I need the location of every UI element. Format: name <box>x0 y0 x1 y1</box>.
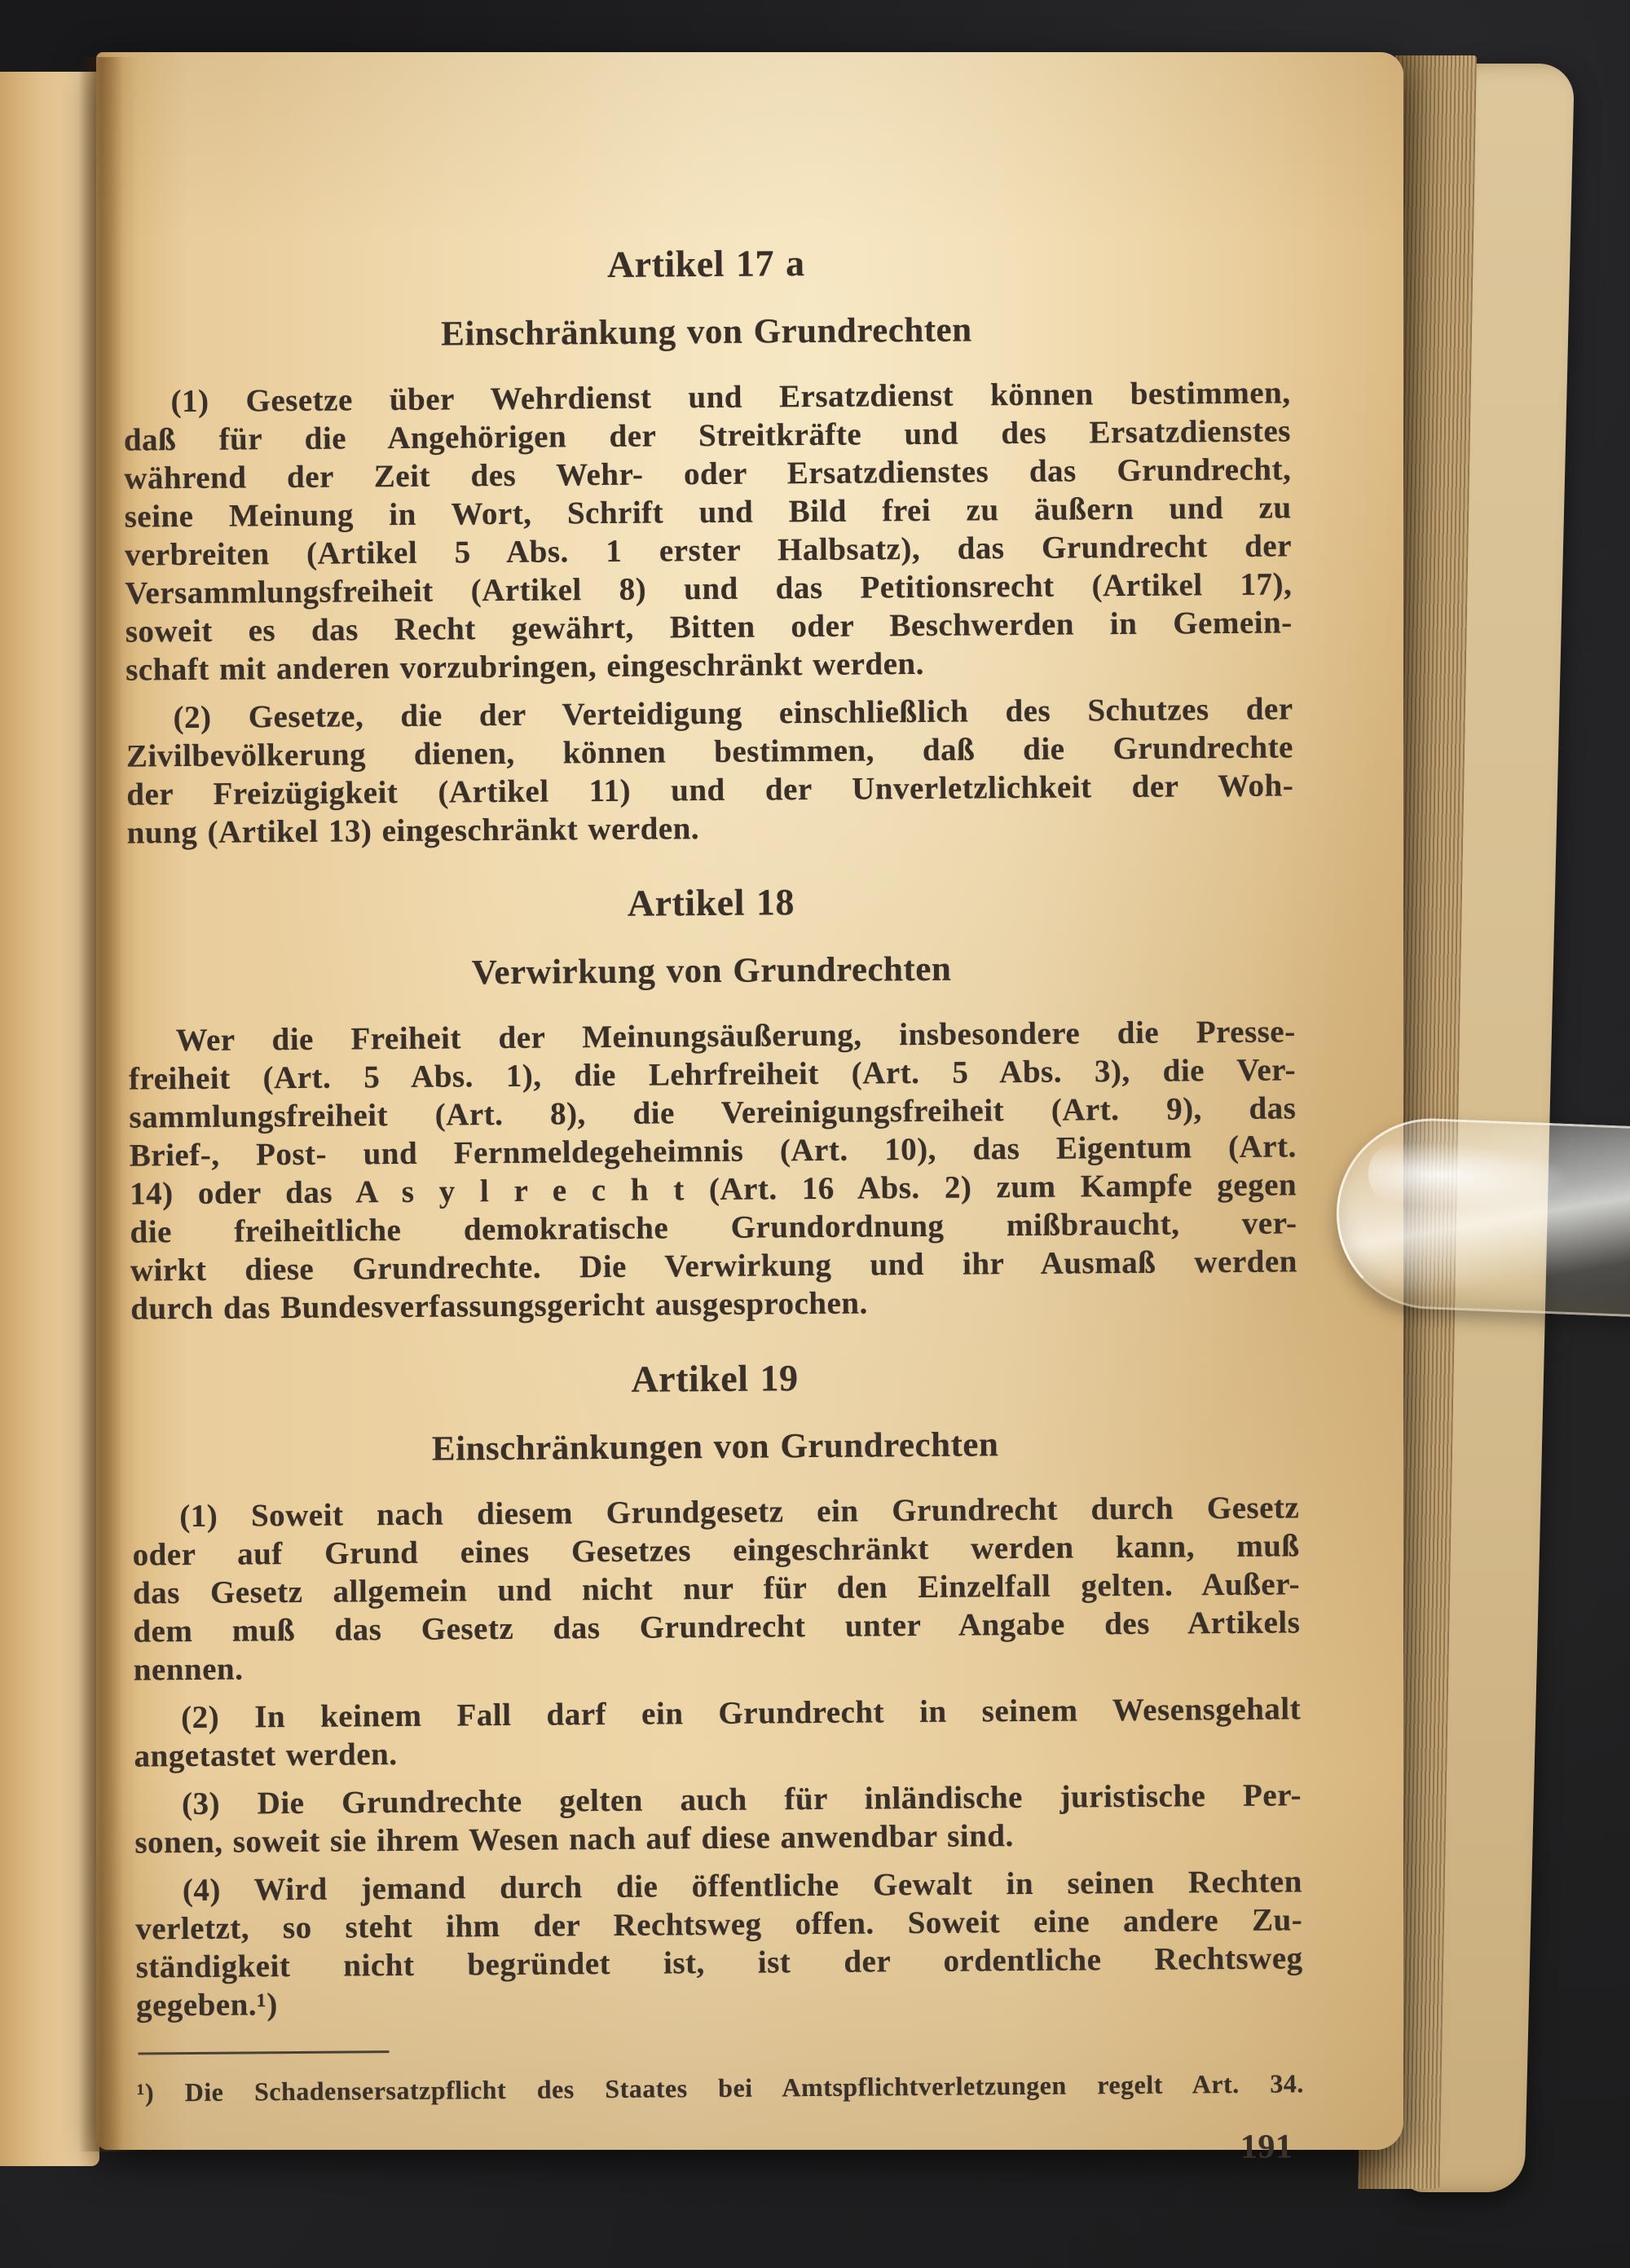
paragraph: (1) Soweit nach diesem Grundgesetz ein G… <box>132 1488 1301 1689</box>
article-heading: Artikel 17 a <box>122 236 1289 291</box>
page-number: 191 <box>137 2127 1304 2175</box>
book-photo: Artikel 17 aEinschränkung von Grundrecht… <box>0 0 1630 2268</box>
paragraph: (2) Gesetze, die der Verteidigung einsch… <box>126 689 1293 852</box>
article-section: Artikel 18Verwirkung von GrundrechtenWer… <box>127 875 1297 1328</box>
text-line: nung (Artikel 13) eingeschränkt werden. <box>126 804 1293 852</box>
footnote-text: ¹) Die Schadensersatzpflicht des Staates… <box>137 2067 1304 2108</box>
text-line: angetastet werden. <box>134 1728 1301 1775</box>
footnote-block: ¹) Die Schadensersatzpflicht des Staates… <box>136 2043 1303 2108</box>
footnote-rule <box>138 2050 389 2054</box>
text-line: sonen, soweit sie ihrem Wesen nach auf d… <box>134 1814 1302 1861</box>
article-subtitle: Einschränkung von Grundrechten <box>123 306 1290 358</box>
paragraph: (3) Die Grundrechte gelten auch für inlä… <box>134 1776 1302 1861</box>
paragraph: (4) Wird jemand durch die öffentliche Ge… <box>135 1862 1303 2024</box>
article-heading: Artikel 19 <box>131 1351 1298 1406</box>
article-section: Artikel 19Einschränkungen von Grundrecht… <box>131 1351 1303 2024</box>
book-page: Artikel 17 aEinschränkung von Grundrecht… <box>96 52 1403 2150</box>
article-heading: Artikel 18 <box>127 875 1294 930</box>
paragraph: Wer die Freiheit der Meinungsäußerung, i… <box>128 1012 1297 1328</box>
facing-page-edge <box>0 72 99 2166</box>
article-subtitle: Verwirkung von Grundrechten <box>128 945 1295 997</box>
text-line: durch das Bundesverfassungsgericht ausge… <box>130 1280 1297 1328</box>
plastic-bookmark-tab <box>1333 1115 1630 1318</box>
article-subtitle: Einschränkungen von Grundrechten <box>131 1421 1298 1473</box>
page-text: Artikel 17 aEinschränkung von Grundrecht… <box>122 236 1305 2175</box>
text-line: schaft mit anderen vorzubringen, eingesc… <box>126 641 1293 689</box>
paragraph: (1) Gesetze über Wehrdienst und Ersatzdi… <box>123 373 1293 689</box>
article-section: Artikel 17 aEinschränkung von Grundrecht… <box>122 236 1294 852</box>
paragraph: (2) In keinem Fall darf ein Grundrecht i… <box>134 1689 1302 1775</box>
